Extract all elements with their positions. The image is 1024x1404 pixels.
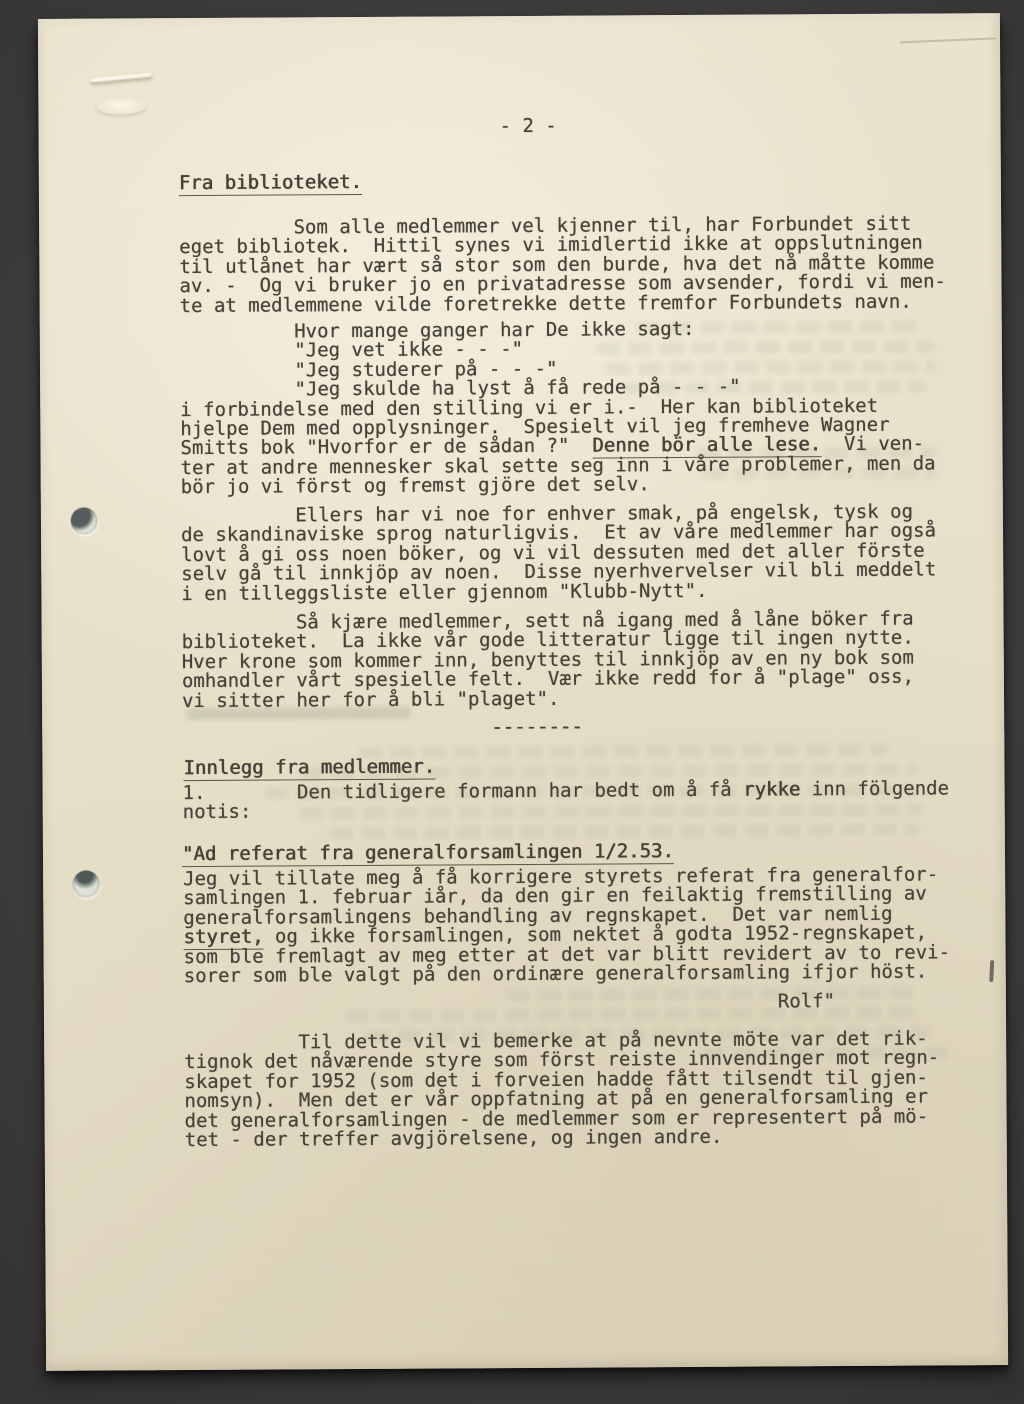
punch-hole-bottom bbox=[73, 871, 99, 897]
submissions-section-heading: Innlegg fra medlemmer. bbox=[183, 758, 435, 779]
library-section-heading: Fra biblioteket. bbox=[179, 173, 362, 194]
notice-body-text: Jeg vil tillate meg å få korrigere styre… bbox=[183, 863, 938, 928]
page-corner-edge bbox=[900, 37, 996, 43]
punch-hole-top bbox=[71, 508, 97, 534]
submissions-intro-emphasis: rykke bbox=[743, 778, 800, 800]
notice-body-continued: og ikke forsamlingen, som nektet å godta… bbox=[184, 922, 951, 987]
notice-heading-text: "Ad referat fra generalforsamlingen 1/2.… bbox=[182, 840, 674, 867]
bleed-through-mark bbox=[329, 824, 919, 840]
edge-mark bbox=[989, 960, 994, 982]
submissions-section-heading-text: Innlegg fra medlemmer. bbox=[183, 756, 435, 782]
notice-heading: "Ad referat fra generalforsamlingen 1/2.… bbox=[182, 842, 674, 864]
library-paragraph-3: Ellers har vi noe for enhver smak, på en… bbox=[181, 502, 937, 604]
notice-body: Jeg vil tillate meg å få korrigere styre… bbox=[183, 865, 950, 986]
notice-signature: Rolf" bbox=[778, 992, 835, 1012]
submissions-intro-text: 1. Den tidligere formann har bedt om å f… bbox=[183, 779, 744, 804]
submissions-intro: 1. Den tidligere formann har bedt om å f… bbox=[183, 779, 950, 822]
staple-indent bbox=[96, 98, 146, 114]
staple-mark bbox=[90, 73, 152, 84]
document-page: - 2 - Fra biblioteket. Som alle medlemme… bbox=[38, 13, 1008, 1371]
section-divider: -------- bbox=[491, 718, 583, 738]
library-section-heading-text: Fra biblioteket. bbox=[179, 171, 362, 196]
library-paragraph-2: Hvor mange ganger har De ikke sagt: "Jeg… bbox=[180, 318, 936, 497]
bleed-through-mark bbox=[358, 744, 888, 759]
library-paragraph-4: Så kjære medlemmer, sett nå igang med å … bbox=[182, 610, 915, 712]
editor-reply-paragraph: Til dette vil vi bemerke at på nevnte mö… bbox=[184, 1029, 940, 1150]
desk-background: - 2 - Fra biblioteket. Som alle medlemme… bbox=[0, 0, 1024, 1404]
library-paragraph-1: Som alle medlemmer vel kjenner til, har … bbox=[179, 214, 946, 316]
bleed-through-mark bbox=[505, 987, 920, 1002]
page-number: - 2 - bbox=[499, 117, 556, 137]
